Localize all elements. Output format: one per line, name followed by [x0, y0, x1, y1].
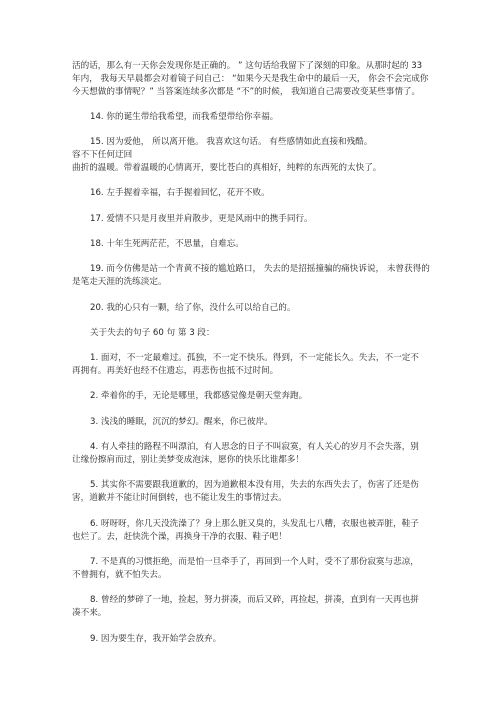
text-line: 容不下任何迂回	[72, 149, 432, 162]
document-body: 活的话，那么有一天你会发现你是正确的。 ” 这句话给我留下了深刻的印象。从那时起…	[72, 60, 432, 658]
text-line: 凑不来。	[72, 607, 432, 620]
list-item-1: 1. 面对，不一定最难过。孤独，不一定不快乐。得到，不一定能长久。失去，不一定不…	[72, 352, 432, 378]
text-line: 7. 不是真的习惯拒绝，而是怕一旦牵手了，再回到一个人时，受不了那份寂寞与悲凉，	[72, 556, 432, 569]
text-line: 16. 左手握着幸福，右手握着回忆，花开不败。	[72, 187, 432, 200]
text-line: 是笔走天涯的洗练淡定。	[72, 276, 432, 289]
text-line: 5. 其实你不需要跟我道歉的，因为道歉根本没有用，失去的东西失去了，伤害了还是伤	[72, 479, 432, 492]
list-item-8: 8. 曾经的梦碎了一地，捡起，努力拼凑，而后又碎，再捡起，拼凑，直到有一天再也拼…	[72, 594, 432, 620]
text-line: 3. 浅浅的睡眠，沉沉的梦幻。醒来，你已彼岸。	[72, 416, 432, 429]
list-item-9: 9. 因为要生存，我开始学会放弃。	[72, 633, 432, 646]
text-line: 17. 爱情不只是月夜里并肩散步，更是风雨中的携手同行。	[72, 213, 432, 226]
text-line: 14. 你的诞生带给我希望，而我希望带给你幸福。	[72, 111, 432, 124]
section-heading: 关于失去的句子 60 句 第 3 段：	[72, 327, 432, 340]
text-line: 18. 十年生死两茫茫，不思量，自难忘。	[72, 238, 432, 251]
text-line: 活的话，那么有一天你会发现你是正确的。 ” 这句话给我留下了深刻的印象。从那时起…	[72, 60, 432, 73]
section-title: 关于失去的句子 60 句 第 3 段：	[72, 327, 432, 340]
list-item-19: 19. 而今仿佛是站一个青黄不接的尴尬路口， 失去的是招摇撞骗的痛快诉说， 未曾…	[72, 263, 432, 289]
text-line: 1. 面对，不一定最难过。孤独，不一定不快乐。得到，不一定能长久。失去，不一定不	[72, 352, 432, 365]
list-item-18: 18. 十年生死两茫茫，不思量，自难忘。	[72, 238, 432, 251]
text-line: 让缘份擦肩而过，别让美梦变成泡沫，愿你的快乐比谁都多！	[72, 454, 432, 467]
list-item-7: 7. 不是真的习惯拒绝，而是怕一旦牵手了，再回到一个人时，受不了那份寂寞与悲凉，…	[72, 556, 432, 582]
text-line: 2. 牵着你的手，无论是哪里，我都感觉像是朝天堂奔跑。	[72, 390, 432, 403]
text-line: 8. 曾经的梦碎了一地，捡起，努力拼凑，而后又碎，再捡起，拼凑，直到有一天再也拼	[72, 594, 432, 607]
text-line: 9. 因为要生存，我开始学会放弃。	[72, 633, 432, 646]
list-item-2: 2. 牵着你的手，无论是哪里，我都感觉像是朝天堂奔跑。	[72, 390, 432, 403]
text-line: 曲折的温暖。带着温暖的心情离开，要比苍白的真相好，纯粹的东西死的太快了。	[72, 162, 432, 175]
text-line: 今天想做的事情呢？” 当答案连续多次都是 “不”的时候， 我知道自己需要改变某些…	[72, 86, 432, 99]
text-line: 6. 呀呀呀，你几天没洗澡了？身上那么脏又臭的，头发乱七八糟，衣服也被弄脏，鞋子	[72, 518, 432, 531]
list-item-15: 15. 因为爱他， 所以离开他。 我喜欢这句话。 有些感情如此直接和残酷。 容不…	[72, 136, 432, 175]
paragraph-continuation: 活的话，那么有一天你会发现你是正确的。 ” 这句话给我留下了深刻的印象。从那时起…	[72, 60, 432, 99]
list-item-16: 16. 左手握着幸福，右手握着回忆，花开不败。	[72, 187, 432, 200]
text-line: 害，道歉并不能让时间倒转，也不能让发生的事情过去。	[72, 492, 432, 505]
text-line: 不曾拥有，就不怕失去。	[72, 569, 432, 582]
text-line: 再拥有。再美好也经不住遗忘，再悲伤也抵不过时间。	[72, 365, 432, 378]
list-item-17: 17. 爱情不只是月夜里并肩散步，更是风雨中的携手同行。	[72, 213, 432, 226]
list-item-4: 4. 有人牵挂的路程不叫漂泊，有人思念的日子不叫寂寞，有人关心的岁月不会失落，别…	[72, 441, 432, 467]
text-line: 20. 我的心只有一颗，给了你，没什么可以给自己的。	[72, 302, 432, 315]
text-line: 也烂了。去，赶快洗个澡，再换身干净的衣服、鞋子吧！	[72, 531, 432, 544]
text-line: 15. 因为爱他， 所以离开他。 我喜欢这句话。 有些感情如此直接和残酷。	[72, 136, 432, 149]
list-item-14: 14. 你的诞生带给我希望，而我希望带给你幸福。	[72, 111, 432, 124]
text-line: 4. 有人牵挂的路程不叫漂泊，有人思念的日子不叫寂寞，有人关心的岁月不会失落，别	[72, 441, 432, 454]
text-line: 19. 而今仿佛是站一个青黄不接的尴尬路口， 失去的是招摇撞骗的痛快诉说， 未曾…	[72, 263, 432, 276]
list-item-20: 20. 我的心只有一颗，给了你，没什么可以给自己的。	[72, 302, 432, 315]
list-item-3: 3. 浅浅的睡眠，沉沉的梦幻。醒来，你已彼岸。	[72, 416, 432, 429]
list-item-5: 5. 其实你不需要跟我道歉的，因为道歉根本没有用，失去的东西失去了，伤害了还是伤…	[72, 479, 432, 505]
document-page: 活的话，那么有一天你会发现你是正确的。 ” 这句话给我留下了深刻的印象。从那时起…	[0, 0, 500, 708]
text-line: 年内， 我每天早晨都会对着镜子问自己： “如果今天是我生命中的最后一天， 你会不…	[72, 73, 432, 86]
list-item-6: 6. 呀呀呀，你几天没洗澡了？身上那么脏又臭的，头发乱七八糟，衣服也被弄脏，鞋子…	[72, 518, 432, 544]
